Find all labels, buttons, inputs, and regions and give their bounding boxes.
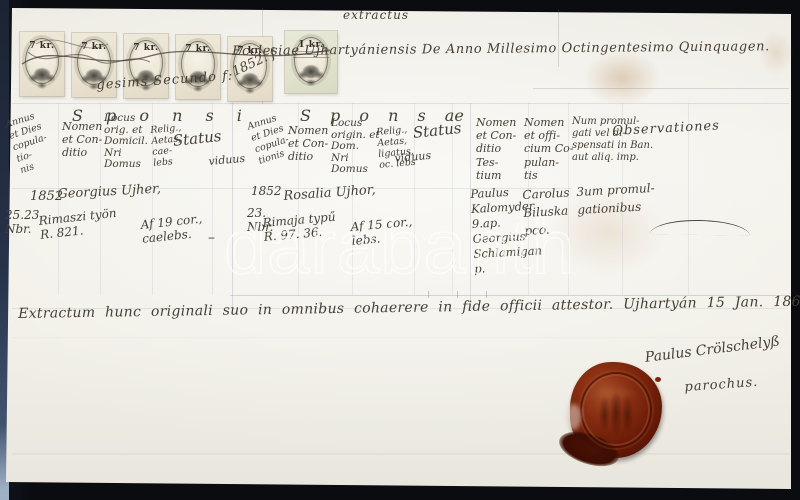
photo-backdrop: 7 kr. 7 kr. 7 kr. 7 kr. 7 kr. 1 kr. gesi… xyxy=(0,0,800,500)
grid-tick xyxy=(457,291,458,298)
sponsae-col-place: Locus origin. et Dom. Nri Domus xyxy=(331,118,380,176)
copulans-col-header: Nomen et offi- cium Co- pulan- tis xyxy=(524,116,573,182)
wax-seal-highlight xyxy=(566,404,581,430)
fold-crease xyxy=(12,453,790,456)
banns-entry: 3um promul- gationibus xyxy=(576,179,656,219)
grid-tick xyxy=(428,291,429,298)
fold-crease xyxy=(558,9,559,67)
wax-seal-emblem xyxy=(590,382,642,438)
sponsi-col-name: Nomen et Con- ditio xyxy=(62,120,102,160)
witness-col-header: Nomen et Con- ditio Tes- tium xyxy=(476,116,516,182)
darabanth-watermark: darabanth xyxy=(224,204,575,291)
sponsae-col-name: Nomen et Con- ditio xyxy=(288,124,328,164)
sponsi-date: 25.23. Nbr. xyxy=(5,208,43,237)
wax-droplet xyxy=(655,377,661,382)
sponsi-col-place: Locus orig. et Domicil. Nri Domus xyxy=(104,113,148,171)
paper-stain xyxy=(583,50,661,106)
grid-line xyxy=(533,88,789,89)
fold-crease xyxy=(12,337,782,339)
extract-annotation: extractus xyxy=(343,8,409,22)
sponsi-mark: – xyxy=(208,230,215,247)
sponsae-year: 1852 xyxy=(251,184,282,198)
grid-tick xyxy=(486,291,487,298)
